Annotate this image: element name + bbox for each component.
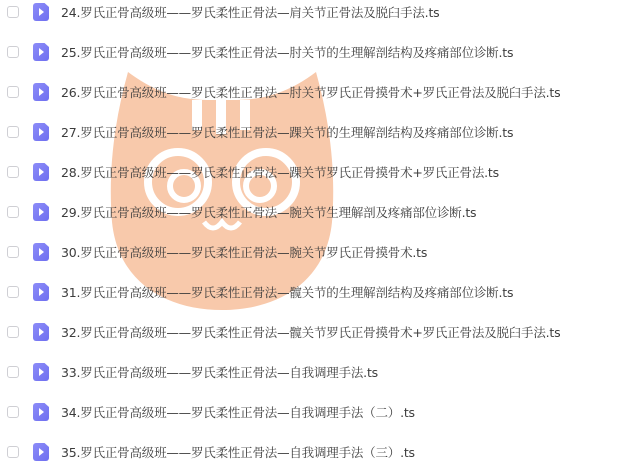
file-name[interactable]: 29.罗氏正骨高级班——罗氏柔性正骨法—腕关节生理解剖及疼痛部位诊断.ts (61, 203, 476, 221)
file-name[interactable]: 25.罗氏正骨高级班——罗氏柔性正骨法—肘关节的生理解剖结构及疼痛部位诊断.ts (61, 43, 513, 61)
file-row[interactable]: 29.罗氏正骨高级班——罗氏柔性正骨法—腕关节生理解剖及疼痛部位诊断.ts (0, 192, 625, 232)
file-row[interactable]: 35.罗氏正骨高级班——罗氏柔性正骨法—自我调理手法（三）.ts (0, 432, 625, 466)
video-file-icon (33, 163, 49, 181)
file-row[interactable]: 27.罗氏正骨高级班——罗氏柔性正骨法—踝关节的生理解剖结构及疼痛部位诊断.ts (0, 112, 625, 152)
row-checkbox[interactable] (7, 166, 19, 178)
file-row[interactable]: 34.罗氏正骨高级班——罗氏柔性正骨法—自我调理手法（二）.ts (0, 392, 625, 432)
file-row[interactable]: 25.罗氏正骨高级班——罗氏柔性正骨法—肘关节的生理解剖结构及疼痛部位诊断.ts (0, 32, 625, 72)
row-checkbox[interactable] (7, 206, 19, 218)
row-checkbox[interactable] (7, 246, 19, 258)
row-checkbox[interactable] (7, 6, 19, 18)
file-name[interactable]: 28.罗氏正骨高级班——罗氏柔性正骨法—踝关节罗氏正骨摸骨术+罗氏正骨法.ts (61, 163, 499, 181)
file-name[interactable]: 32.罗氏正骨高级班——罗氏柔性正骨法—髋关节罗氏正骨摸骨术+罗氏正骨法及脱臼手… (61, 323, 560, 341)
video-file-icon (33, 83, 49, 101)
video-file-icon (33, 363, 49, 381)
file-name[interactable]: 24.罗氏正骨高级班——罗氏柔性正骨法—肩关节正骨法及脱臼手法.ts (61, 3, 439, 21)
video-file-icon (33, 443, 49, 461)
file-row[interactable]: 33.罗氏正骨高级班——罗氏柔性正骨法—自我调理手法.ts (0, 352, 625, 392)
file-name[interactable]: 34.罗氏正骨高级班——罗氏柔性正骨法—自我调理手法（二）.ts (61, 403, 415, 421)
file-row[interactable]: 28.罗氏正骨高级班——罗氏柔性正骨法—踝关节罗氏正骨摸骨术+罗氏正骨法.ts (0, 152, 625, 192)
row-checkbox[interactable] (7, 366, 19, 378)
video-file-icon (33, 203, 49, 221)
file-row[interactable]: 32.罗氏正骨高级班——罗氏柔性正骨法—髋关节罗氏正骨摸骨术+罗氏正骨法及脱臼手… (0, 312, 625, 352)
row-checkbox[interactable] (7, 286, 19, 298)
video-file-icon (33, 403, 49, 421)
video-file-icon (33, 43, 49, 61)
file-name[interactable]: 33.罗氏正骨高级班——罗氏柔性正骨法—自我调理手法.ts (61, 363, 378, 381)
row-checkbox[interactable] (7, 326, 19, 338)
file-row[interactable]: 26.罗氏正骨高级班——罗氏柔性正骨法—肘关节罗氏正骨摸骨术+罗氏正骨法及脱臼手… (0, 72, 625, 112)
row-checkbox[interactable] (7, 86, 19, 98)
video-file-icon (33, 243, 49, 261)
video-file-icon (33, 3, 49, 21)
file-name[interactable]: 35.罗氏正骨高级班——罗氏柔性正骨法—自我调理手法（三）.ts (61, 443, 415, 461)
file-row[interactable]: 30.罗氏正骨高级班——罗氏柔性正骨法—腕关节罗氏正骨摸骨术.ts (0, 232, 625, 272)
file-name[interactable]: 26.罗氏正骨高级班——罗氏柔性正骨法—肘关节罗氏正骨摸骨术+罗氏正骨法及脱臼手… (61, 83, 560, 101)
file-row[interactable]: 31.罗氏正骨高级班——罗氏柔性正骨法—髋关节的生理解剖结构及疼痛部位诊断.ts (0, 272, 625, 312)
row-checkbox[interactable] (7, 46, 19, 58)
row-checkbox[interactable] (7, 406, 19, 418)
file-row[interactable]: 24.罗氏正骨高级班——罗氏柔性正骨法—肩关节正骨法及脱臼手法.ts (0, 0, 625, 32)
file-name[interactable]: 31.罗氏正骨高级班——罗氏柔性正骨法—髋关节的生理解剖结构及疼痛部位诊断.ts (61, 283, 513, 301)
file-name[interactable]: 30.罗氏正骨高级班——罗氏柔性正骨法—腕关节罗氏正骨摸骨术.ts (61, 243, 427, 261)
video-file-icon (33, 323, 49, 341)
video-file-icon (33, 123, 49, 141)
file-name[interactable]: 27.罗氏正骨高级班——罗氏柔性正骨法—踝关节的生理解剖结构及疼痛部位诊断.ts (61, 123, 513, 141)
row-checkbox[interactable] (7, 446, 19, 458)
row-checkbox[interactable] (7, 126, 19, 138)
video-file-icon (33, 283, 49, 301)
